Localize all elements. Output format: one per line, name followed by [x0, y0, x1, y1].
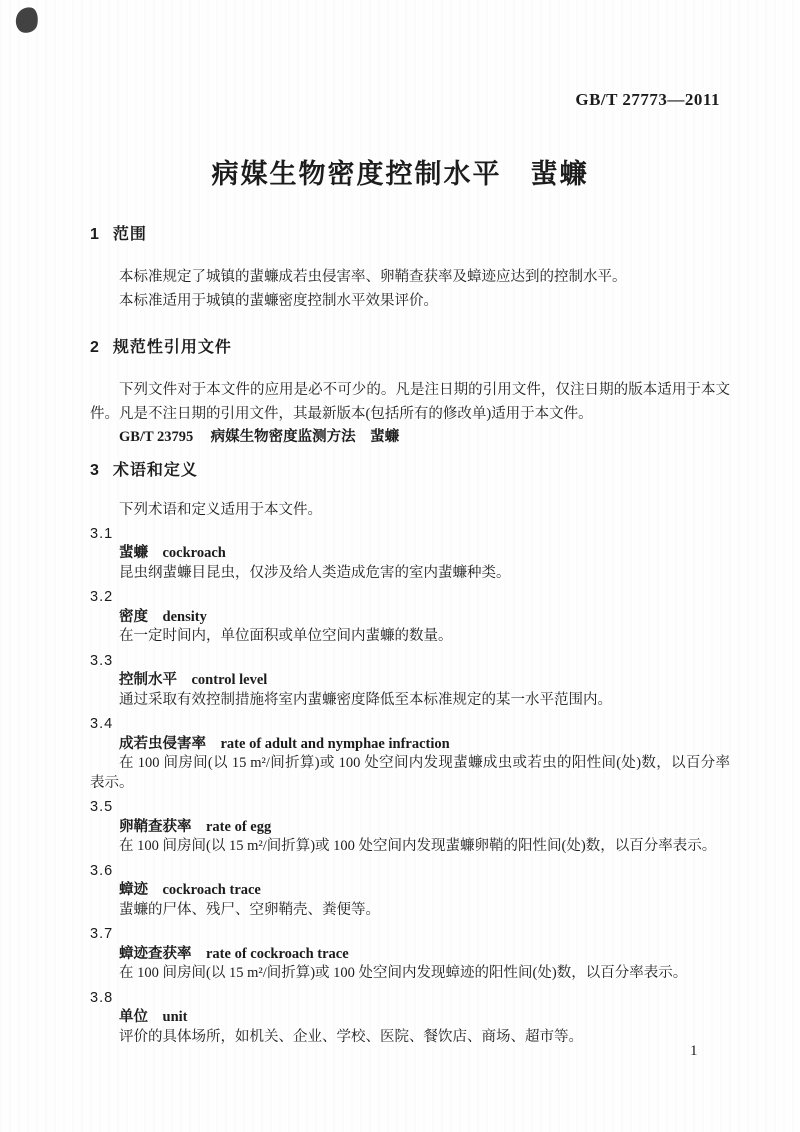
term-number: 3.2 — [90, 588, 730, 608]
term-number: 3.8 — [90, 989, 730, 1009]
term-number: 3.3 — [90, 652, 730, 672]
document-body: 1范围 本标准规定了城镇的蜚蠊成若虫侵害率、卵鞘查获率及蟑迹应达到的控制水平。 … — [90, 0, 730, 1047]
term-heading: 成若虫侵害率rate of adult and nymphae infracti… — [90, 735, 730, 755]
term-heading: 单位unit — [90, 1008, 730, 1028]
section-1-paragraph-1: 本标准规定了城镇的蜚蠊成若虫侵害率、卵鞘查获率及蟑迹应达到的控制水平。 — [90, 266, 730, 290]
reference-title: 病媒生物密度监测方法 蜚蠊 — [211, 429, 400, 445]
term-heading: 蟑迹cockroach trace — [90, 881, 730, 901]
term-definition: 评价的具体场所，如机关、企业、学校、医院、餐饮店、商场、超市等。 — [90, 1028, 730, 1048]
document-page: GB/T 27773—2011 病媒生物密度控制水平 蜚蠊 1范围 本标准规定了… — [0, 0, 800, 1132]
term-zh: 单位 — [119, 1009, 148, 1025]
term-heading: 控制水平control level — [90, 671, 730, 691]
term-3-1: 3.1 蜚蠊cockroach 昆虫纲蜚蠊目昆虫，仅涉及给人类造成危害的室内蜚蠊… — [90, 525, 730, 584]
term-zh: 蟑迹 — [119, 882, 148, 898]
section-1-title: 范围 — [113, 226, 147, 243]
term-zh: 蜚蠊 — [119, 545, 148, 561]
term-zh: 卵鞘查获率 — [119, 819, 192, 835]
term-definition: 通过采取有效控制措施将室内蜚蠊密度降低至本标准规定的某一水平范围内。 — [90, 691, 730, 711]
term-3-8: 3.8 单位unit 评价的具体场所，如机关、企业、学校、医院、餐饮店、商场、超… — [90, 989, 730, 1048]
section-2-heading: 2规范性引用文件 — [90, 337, 730, 359]
term-definition: 在 100 间房间(以 15 m²/间折算)或 100 处空间内发现蜚蠊卵鞘的阳… — [90, 837, 730, 857]
section-2-number: 2 — [90, 339, 99, 356]
term-definition: 在 100 间房间(以 15 m²/间折算)或 100 处空间内发现蜚蠊成虫或若… — [90, 754, 730, 793]
term-3-2: 3.2 密度density 在一定时间内，单位面积或单位空间内蜚蠊的数量。 — [90, 588, 730, 647]
section-1-number: 1 — [90, 226, 99, 243]
term-definition: 在 100 间房间(以 15 m²/间折算)或 100 处空间内发现蟑迹的阳性间… — [90, 964, 730, 984]
scan-ink-artifact — [14, 5, 41, 35]
term-number: 3.6 — [90, 862, 730, 882]
term-en: control level — [192, 672, 268, 688]
term-definition: 在一定时间内，单位面积或单位空间内蜚蠊的数量。 — [90, 627, 730, 647]
term-en: rate of egg — [206, 819, 271, 835]
term-3-6: 3.6 蟑迹cockroach trace 蜚蠊的尸体、残尸、空卵鞘壳、粪便等。 — [90, 862, 730, 921]
section-3-intro: 下列术语和定义适用于本文件。 — [90, 500, 730, 520]
term-heading: 密度density — [90, 608, 730, 628]
term-en: rate of cockroach trace — [206, 946, 349, 962]
normative-reference: GB/T 23795病媒生物密度监测方法 蜚蠊 — [90, 426, 730, 450]
term-zh: 蟑迹查获率 — [119, 946, 192, 962]
section-2-title: 规范性引用文件 — [113, 339, 232, 356]
term-zh: 密度 — [119, 609, 148, 625]
term-definition: 蜚蠊的尸体、残尸、空卵鞘壳、粪便等。 — [90, 901, 730, 921]
term-3-7: 3.7 蟑迹查获率rate of cockroach trace 在 100 间… — [90, 925, 730, 984]
term-definition: 昆虫纲蜚蠊目昆虫，仅涉及给人类造成危害的室内蜚蠊种类。 — [90, 564, 730, 584]
term-3-4: 3.4 成若虫侵害率rate of adult and nymphae infr… — [90, 715, 730, 793]
term-en: density — [163, 609, 207, 625]
term-zh: 成若虫侵害率 — [119, 736, 206, 752]
section-3-heading: 3术语和定义 — [90, 460, 730, 482]
section-3-title: 术语和定义 — [113, 462, 198, 479]
term-number: 3.7 — [90, 925, 730, 945]
term-heading: 蟑迹查获率rate of cockroach trace — [90, 945, 730, 965]
section-3-number: 3 — [90, 462, 99, 479]
term-zh: 控制水平 — [119, 672, 177, 688]
section-1-paragraph-2: 本标准适用于城镇的蜚蠊密度控制水平效果评价。 — [90, 290, 730, 314]
term-en: cockroach trace — [163, 882, 261, 898]
term-3-3: 3.3 控制水平control level 通过采取有效控制措施将室内蜚蠊密度降… — [90, 652, 730, 711]
term-en: rate of adult and nymphae infraction — [221, 736, 450, 752]
page-number: 1 — [690, 1043, 698, 1060]
term-number: 3.1 — [90, 525, 730, 545]
section-2-paragraph-1: 下列文件对于本文件的应用是必不可少的。凡是注日期的引用文件，仅注日期的版本适用于… — [90, 379, 730, 426]
reference-code: GB/T 23795 — [119, 429, 193, 445]
term-en: cockroach — [163, 545, 226, 561]
term-en: unit — [163, 1009, 188, 1025]
term-number: 3.5 — [90, 798, 730, 818]
terms-list: 3.1 蜚蠊cockroach 昆虫纲蜚蠊目昆虫，仅涉及给人类造成危害的室内蜚蠊… — [90, 525, 730, 1048]
section-1-heading: 1范围 — [90, 224, 730, 246]
term-number: 3.4 — [90, 715, 730, 735]
term-heading: 卵鞘查获率rate of egg — [90, 818, 730, 838]
term-3-5: 3.5 卵鞘查获率rate of egg 在 100 间房间(以 15 m²/间… — [90, 798, 730, 857]
term-heading: 蜚蠊cockroach — [90, 544, 730, 564]
